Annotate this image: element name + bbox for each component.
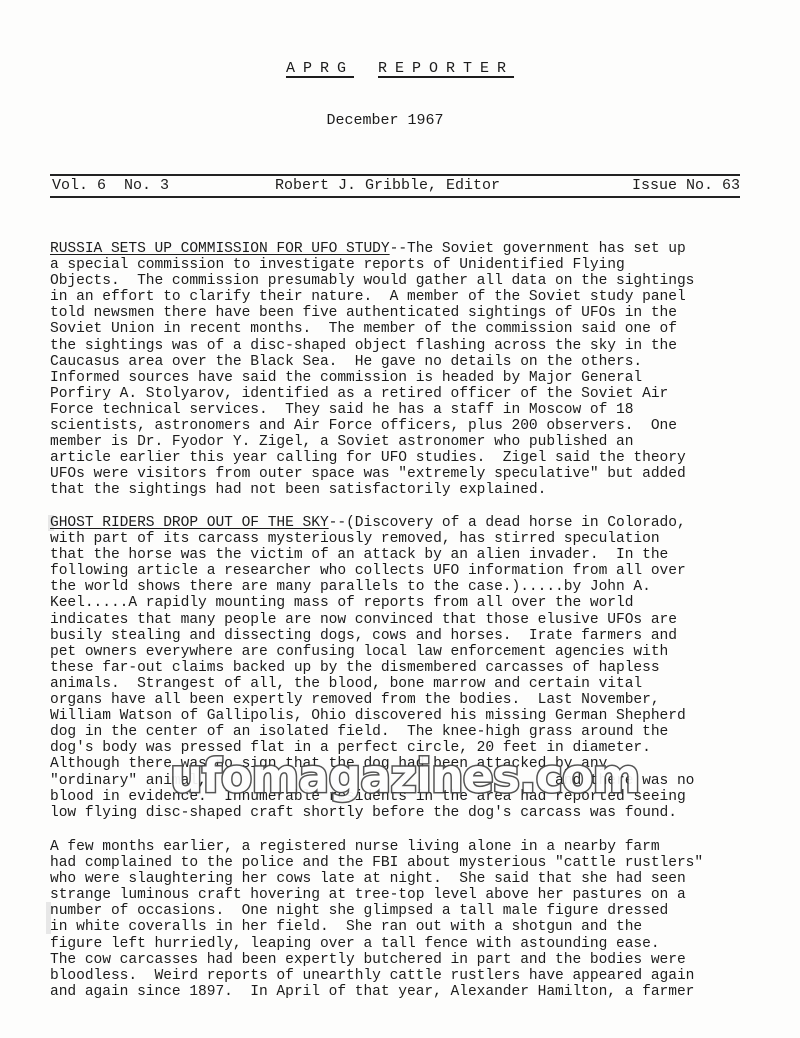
- article-ghost-riders-continued: A few months earlier, a registered nurse…: [50, 839, 750, 1000]
- line-text: Force technical services. They said he h…: [50, 402, 633, 418]
- masthead-title: APRGREPORTER: [0, 60, 800, 77]
- line-text: had complained to the police and the FBI…: [50, 855, 703, 871]
- text-line: strange luminous craft hovering at tree-…: [50, 887, 750, 903]
- text-line: that the horse was the victim of an atta…: [50, 547, 750, 563]
- line-text: bloodless. Weird reports of unearthly ca…: [50, 968, 694, 984]
- text-line: Caucasus area over the Black Sea. He gav…: [50, 354, 750, 370]
- text-line: Informed sources have said the commissio…: [50, 370, 750, 386]
- line-text: who were slaughtering her cows late at n…: [50, 871, 686, 887]
- text-line: Keel.....A rapidly mounting mass of repo…: [50, 595, 750, 611]
- line-text: the sightings was of a disc-shaped objec…: [50, 338, 677, 354]
- text-line: told newsmen there have been five authen…: [50, 305, 750, 321]
- text-line: dog in the center of an isolated field. …: [50, 724, 750, 740]
- line-text: A few months earlier, a registered nurse…: [50, 839, 660, 855]
- text-line: The cow carcasses had been expertly butc…: [50, 952, 750, 968]
- line-text: --The Soviet government has set up: [390, 241, 686, 257]
- line-text: scientists, astronomers and Air Force of…: [50, 418, 677, 434]
- article-headline: GHOST RIDERS DROP OUT OF THE SKY: [50, 515, 329, 531]
- issue-date: December 1967: [0, 112, 770, 129]
- line-text: in an effort to clarify their nature. A …: [50, 289, 686, 305]
- text-line: Force technical services. They said he h…: [50, 402, 750, 418]
- article-headline: RUSSIA SETS UP COMMISSION FOR UFO STUDY: [50, 241, 390, 257]
- line-text: with part of its carcass mysteriously re…: [50, 531, 660, 547]
- line-text: member is Dr. Fyodor Y. Zigel, a Soviet …: [50, 434, 633, 450]
- text-line: UFOs were visitors from outer space was …: [50, 466, 750, 482]
- text-line: following article a researcher who colle…: [50, 563, 750, 579]
- text-line: with part of its carcass mysteriously re…: [50, 531, 750, 547]
- text-line: number of occasions. One night she glimp…: [50, 903, 750, 919]
- line-text: Soviet Union in recent months. The membe…: [50, 321, 677, 337]
- text-line: animals. Strangest of all, the blood, bo…: [50, 676, 750, 692]
- text-line: Porfiry A. Stolyarov, identified as a re…: [50, 386, 750, 402]
- text-line: in white coveralls in her field. She ran…: [50, 919, 750, 935]
- line-text: The cow carcasses had been expertly butc…: [50, 952, 686, 968]
- text-line: who were slaughtering her cows late at n…: [50, 871, 750, 887]
- masthead-word-reporter: REPORTER: [378, 60, 514, 77]
- line-text: organs have all been expertly removed fr…: [50, 692, 660, 708]
- text-line: member is Dr. Fyodor Y. Zigel, a Soviet …: [50, 434, 750, 450]
- text-line: Objects. The commission presumably would…: [50, 273, 750, 289]
- text-line: scientists, astronomers and Air Force of…: [50, 418, 750, 434]
- line-text: William Watson of Gallipolis, Ohio disco…: [50, 708, 686, 724]
- text-line: article earlier this year calling for UF…: [50, 450, 750, 466]
- line-text: following article a researcher who colle…: [50, 563, 686, 579]
- text-line: a special commission to investigate repo…: [50, 257, 750, 273]
- line-text: Porfiry A. Stolyarov, identified as a re…: [50, 386, 668, 402]
- line-text: low flying disc-shaped craft shortly bef…: [50, 805, 677, 821]
- text-line: indicates that many people are now convi…: [50, 612, 750, 628]
- line-text: indicates that many people are now convi…: [50, 612, 677, 628]
- issue-number: Issue No. 63: [632, 176, 740, 196]
- watermark: ufomagazines.com: [170, 753, 639, 799]
- text-line: GHOST RIDERS DROP OUT OF THE SKY--(Disco…: [50, 515, 750, 531]
- text-line: the world shows there are many parallels…: [50, 579, 750, 595]
- text-line: the sightings was of a disc-shaped objec…: [50, 338, 750, 354]
- line-text: Keel.....A rapidly mounting mass of repo…: [50, 595, 633, 611]
- text-line: RUSSIA SETS UP COMMISSION FOR UFO STUDY-…: [50, 241, 750, 257]
- line-text: and again since 1897. In April of that y…: [50, 984, 694, 1000]
- line-text: that the horse was the victim of an atta…: [50, 547, 668, 563]
- line-text: figure left hurriedly, leaping over a ta…: [50, 936, 660, 952]
- text-line: Soviet Union in recent months. The membe…: [50, 321, 750, 337]
- line-text: told newsmen there have been five authen…: [50, 305, 677, 321]
- text-line: in an effort to clarify their nature. A …: [50, 289, 750, 305]
- line-text: Objects. The commission presumably would…: [50, 273, 694, 289]
- text-line: and again since 1897. In April of that y…: [50, 984, 750, 1000]
- line-text: --(Discovery of a dead horse in Colorado…: [329, 515, 686, 531]
- line-text: a special commission to investigate repo…: [50, 257, 625, 273]
- line-text: busily stealing and dissecting dogs, cow…: [50, 628, 677, 644]
- line-text: strange luminous craft hovering at tree-…: [50, 887, 686, 903]
- line-text: dog in the center of an isolated field. …: [50, 724, 668, 740]
- text-line: low flying disc-shaped craft shortly bef…: [50, 805, 750, 821]
- line-text: Caucasus area over the Black Sea. He gav…: [50, 354, 642, 370]
- line-text: that the sightings had not been satisfac…: [50, 482, 546, 498]
- newsletter-page: APRGREPORTER December 1967 Vol. 6 No. 3 …: [0, 0, 800, 1038]
- text-line: had complained to the police and the FBI…: [50, 855, 750, 871]
- text-line: bloodless. Weird reports of unearthly ca…: [50, 968, 750, 984]
- volume-bar: Vol. 6 No. 3 Robert J. Gribble, Editor I…: [50, 174, 740, 198]
- text-line: these far-out claims backed up by the di…: [50, 660, 750, 676]
- volume-number: Vol. 6 No. 3: [52, 176, 169, 196]
- line-text: number of occasions. One night she glimp…: [50, 903, 668, 919]
- line-text: in white coveralls in her field. She ran…: [50, 919, 642, 935]
- line-text: Informed sources have said the commissio…: [50, 370, 642, 386]
- line-text: the world shows there are many parallels…: [50, 579, 651, 595]
- line-text: pet owners everywhere are confusing loca…: [50, 644, 668, 660]
- line-text: animals. Strangest of all, the blood, bo…: [50, 676, 642, 692]
- masthead-word-aprg: APRG: [286, 60, 354, 77]
- text-line: William Watson of Gallipolis, Ohio disco…: [50, 708, 750, 724]
- article-russia-commission: RUSSIA SETS UP COMMISSION FOR UFO STUDY-…: [50, 241, 750, 499]
- text-line: A few months earlier, a registered nurse…: [50, 839, 750, 855]
- line-text: article earlier this year calling for UF…: [50, 450, 686, 466]
- line-text: these far-out claims backed up by the di…: [50, 660, 660, 676]
- editor-credit: Robert J. Gribble, Editor: [275, 176, 500, 196]
- text-line: figure left hurriedly, leaping over a ta…: [50, 936, 750, 952]
- line-text: UFOs were visitors from outer space was …: [50, 466, 686, 482]
- text-line: pet owners everywhere are confusing loca…: [50, 644, 750, 660]
- text-line: organs have all been expertly removed fr…: [50, 692, 750, 708]
- text-line: busily stealing and dissecting dogs, cow…: [50, 628, 750, 644]
- text-line: that the sightings had not been satisfac…: [50, 482, 750, 498]
